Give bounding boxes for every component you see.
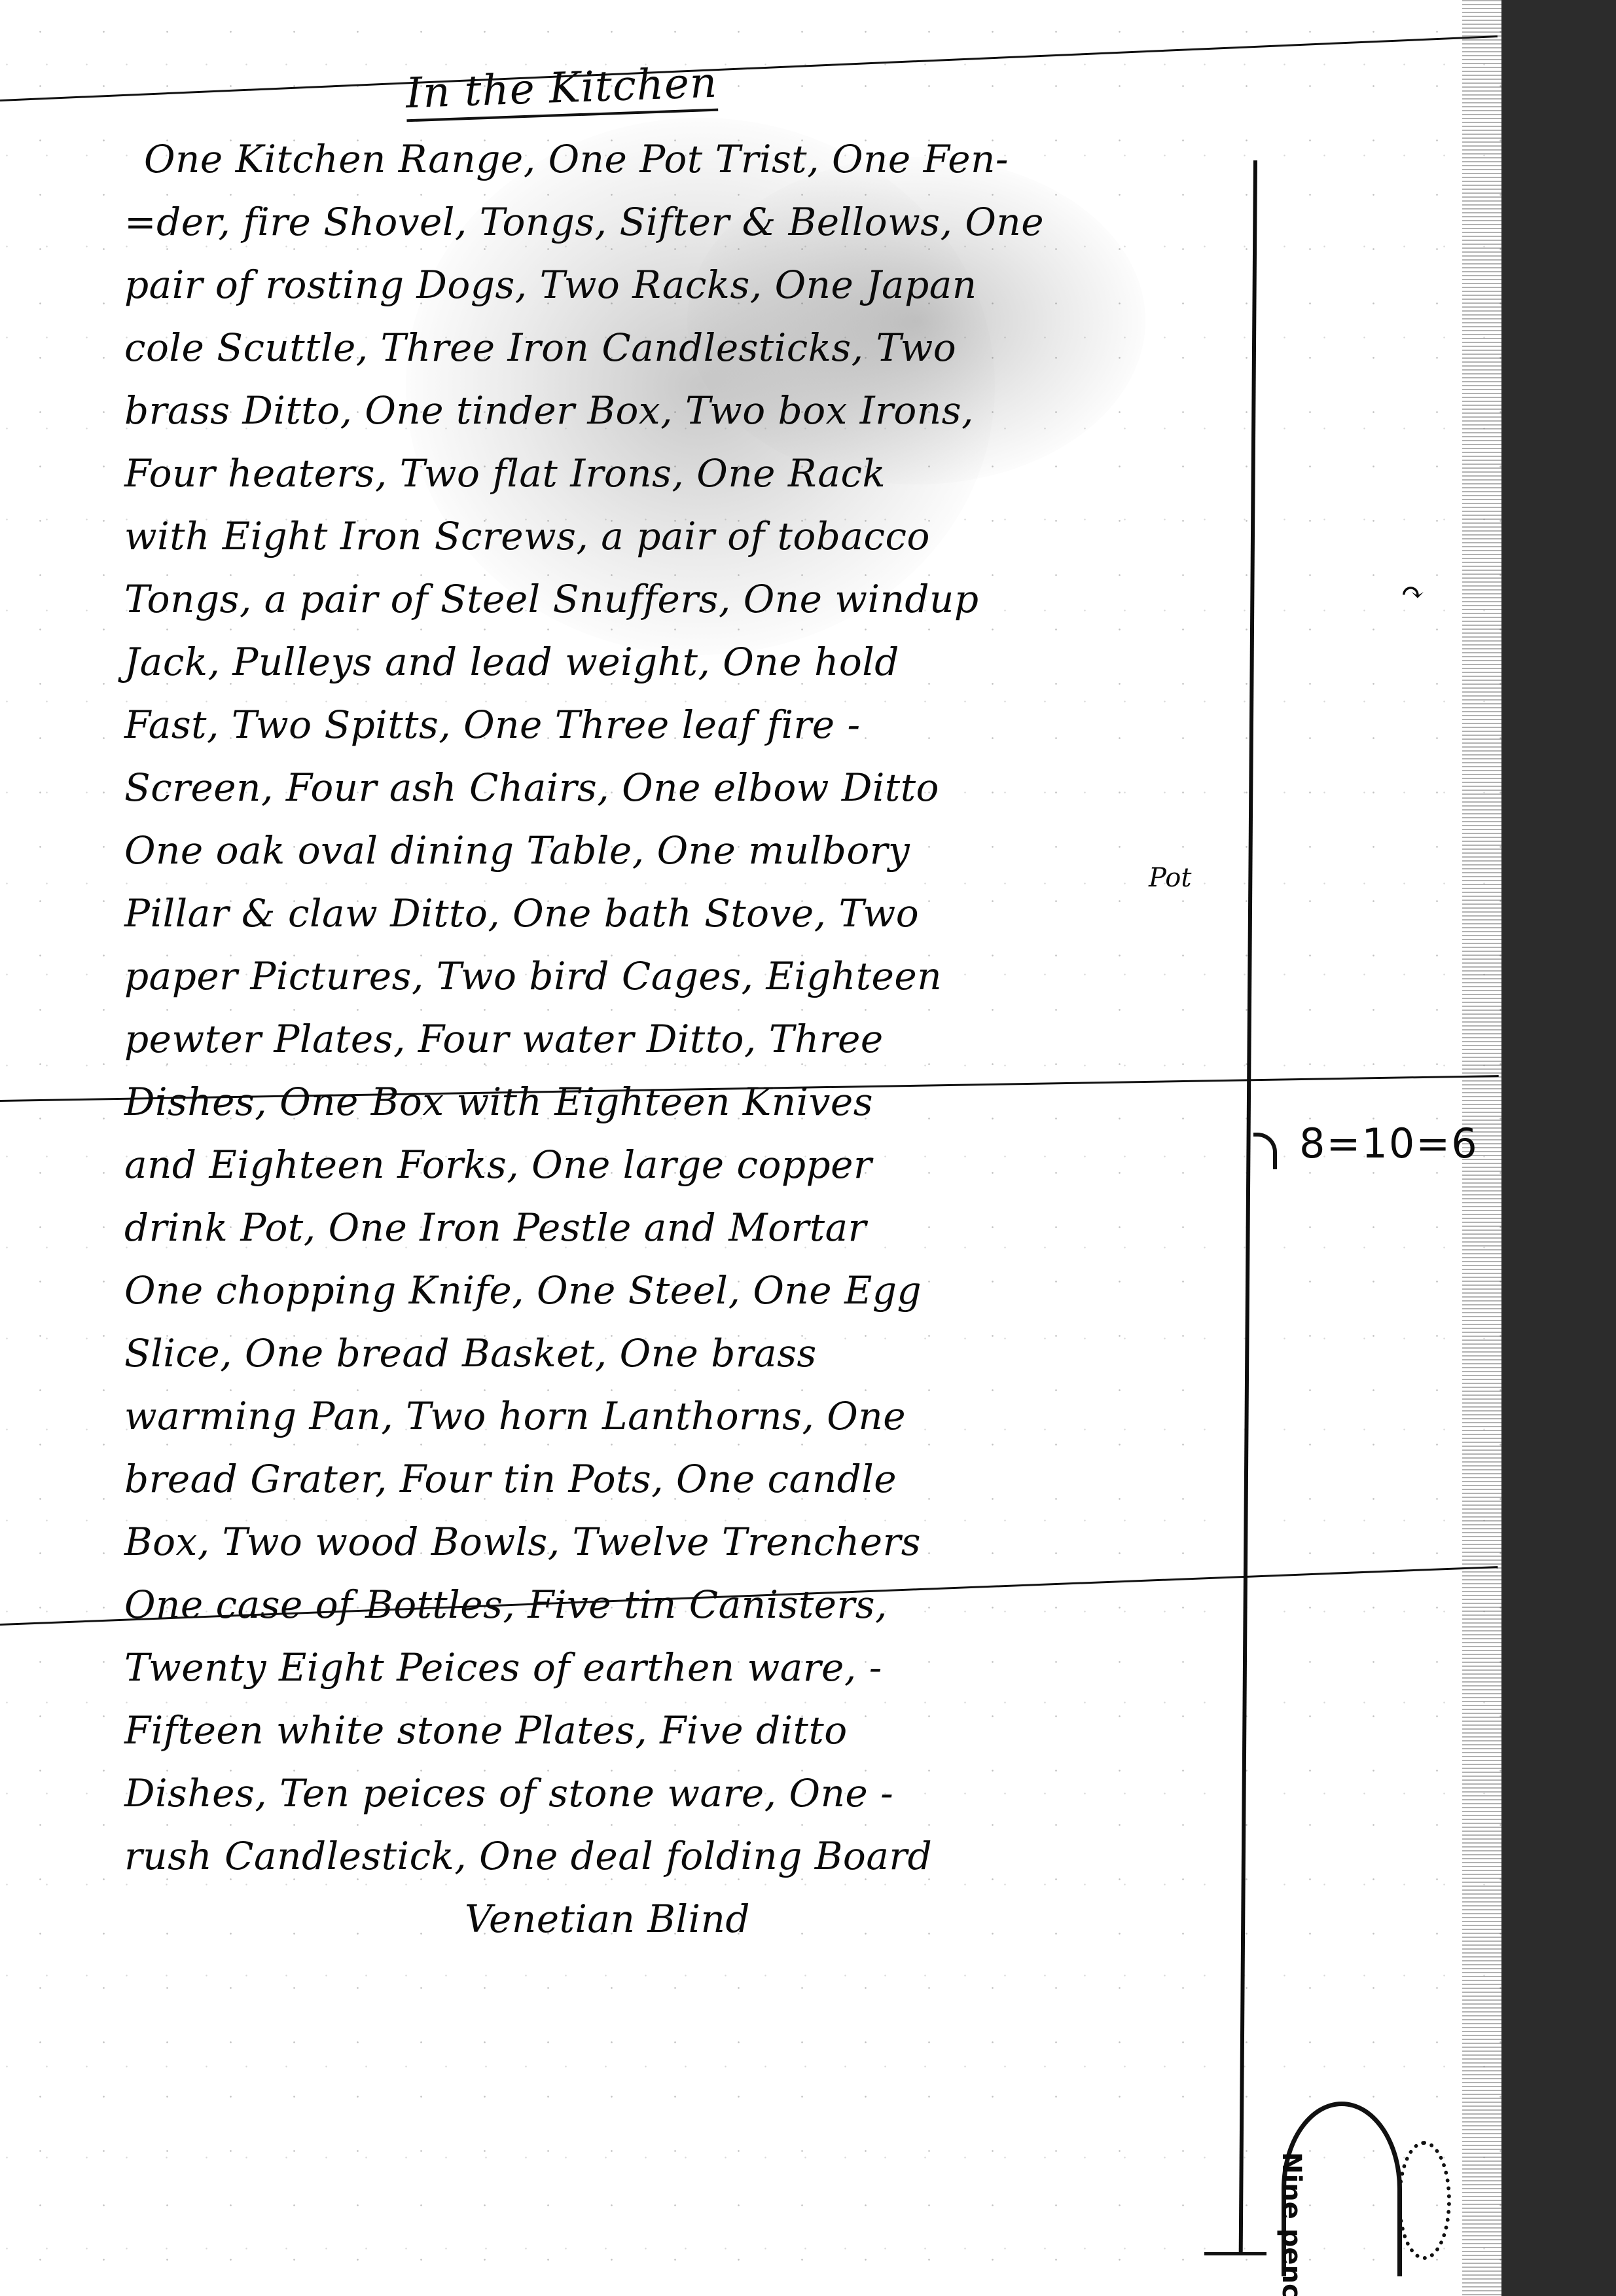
inventory-entry: One Kitchen Range, One Pot Trist, One Fe… [124, 128, 1250, 1950]
inventory-line: Jack, Pulleys and lead weight, One hold [124, 630, 1250, 693]
inventory-line: Dishes, Ten peices of stone ware, One - [124, 1762, 1250, 1825]
inventory-line: Venetian Blind [465, 1887, 1250, 1950]
inventory-line: Dishes, One Box with Eighteen Knives [124, 1070, 1250, 1133]
inventory-line: Screen, Four ash Chairs, One elbow Ditto [124, 756, 1250, 819]
stamp-crown-icon [1397, 2141, 1451, 2260]
inventory-line: pewter Plates, Four water Ditto, Three [124, 1008, 1250, 1070]
inventory-line: =der, fire Shovel, Tongs, Sifter & Bello… [124, 191, 1250, 253]
inventory-line: Box, Two wood Bowls, Twelve Trenchers [124, 1510, 1250, 1573]
inventory-line: rush Candlestick, One deal folding Board [124, 1825, 1250, 1887]
margin-mark-curl: ↷ [1401, 576, 1425, 610]
inventory-line: Slice, One bread Basket, One brass [124, 1322, 1250, 1385]
inventory-line: Four heaters, Two flat Irons, One Rack [124, 442, 1250, 505]
section-heading: In the Kitchen [405, 59, 719, 122]
end-rule [1204, 2252, 1266, 2255]
inventory-line: One chopping Knife, One Steel, One Egg [124, 1259, 1250, 1322]
margin-total: 8=10=6 [1299, 1120, 1479, 1167]
inventory-line: bread Grater, Four tin Pots, One candle [124, 1448, 1250, 1510]
inventory-line: warming Pan, Two horn Lanthorns, One [124, 1385, 1250, 1448]
inventory-line: One Kitchen Range, One Pot Trist, One Fe… [144, 128, 1250, 191]
stamp-text: Nine pence [1277, 2152, 1306, 2283]
inventory-line: Fast, Two Spitts, One Three leaf fire - [124, 693, 1250, 756]
inventory-line: cole Scuttle, Three Iron Candlesticks, T… [124, 316, 1250, 379]
inventory-line: Twenty Eight Peices of earthen ware, - [124, 1636, 1250, 1699]
inventory-line: One case of Bottles, Five tin Canisters, [124, 1573, 1250, 1636]
inventory-line: Tongs, a pair of Steel Snuffers, One win… [124, 568, 1250, 630]
duty-stamp: Nine pence [1282, 2102, 1402, 2276]
inventory-line: and Eighteen Forks, One large copper [124, 1133, 1250, 1196]
inventory-line: pair of rosting Dogs, Two Racks, One Jap… [124, 253, 1250, 316]
inventory-line: Fifteen white stone Plates, Five ditto [124, 1699, 1250, 1762]
inventory-line: with Eight Iron Screws, a pair of tobacc… [124, 505, 1250, 568]
interlinear-insertion: Pot [1149, 863, 1191, 893]
inventory-line: brass Ditto, One tinder Box, Two box Iro… [124, 379, 1250, 442]
inventory-line: Pillar & claw Ditto, One bath Stove, Two [124, 882, 1250, 945]
inventory-line: paper Pictures, Two bird Cages, Eighteen [124, 945, 1250, 1008]
inventory-line: One oak oval dining Table, One mulbory [124, 819, 1250, 882]
book-binding-shadow [1501, 0, 1616, 2296]
inventory-line: drink Pot, One Iron Pestle and Mortar [124, 1196, 1250, 1259]
fold-line [0, 35, 1498, 101]
total-brace [1253, 1133, 1277, 1169]
